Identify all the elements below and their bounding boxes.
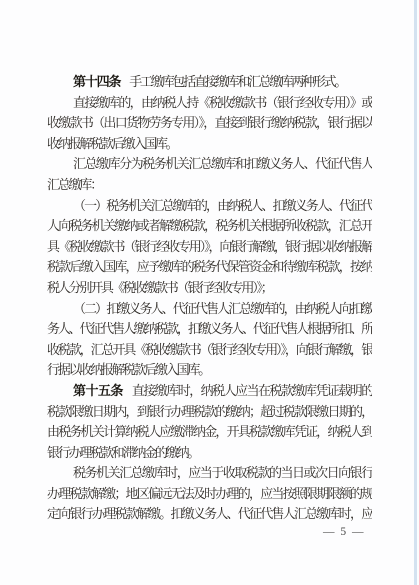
document-page: 第十四条手工缴库包括直接缴库和汇总缴库两种形式。 直接缴库的，由纳税人持《税收缴…: [0, 0, 419, 585]
text-line: 税人分别开具《税收缴款书（银行经收专用）》；: [47, 278, 372, 299]
text-line: 税务机关汇总缴库时，应当于收取税款的当日或次日向银行: [47, 463, 372, 484]
text-line: 人向税务机关缴纳或者解缴税款，税务机关根据所收税款，汇总开: [47, 216, 372, 237]
article-number: 第十五条: [73, 383, 123, 398]
document-text: 第十四条手工缴库包括直接缴库和汇总缴库两种形式。 直接缴库的，由纳税人持《税收缴…: [47, 72, 372, 525]
text-line: 税款限缴日期内，到银行办理税款的缴纳；超过税款限缴日期的，: [47, 402, 372, 423]
text-line: 由税务机关计算纳税人应缴滞纳金，开具税款缴库凭证，纳税人到: [47, 422, 372, 443]
text-line: 第十五条直接缴库时，纳税人应当在税款缴库凭证载明的: [47, 381, 372, 402]
text-line: 汇总缴库分为税务机关汇总缴库和扣缴义务人、代征代售人: [47, 154, 372, 175]
text-line: 第十四条手工缴库包括直接缴库和汇总缴库两种形式。: [47, 72, 372, 93]
text-line: 直接缴库的，由纳税人持《税收缴款书（银行经收专用）》或《税: [47, 93, 372, 114]
text-line: 银行办理税款和滞纳金的缴纳。: [47, 443, 372, 464]
article-number: 第十四条: [73, 74, 120, 89]
text-line: （二）扣缴义务人、代征代售人汇总缴库的，由纳税人向扣缴义: [47, 299, 372, 320]
text-line: （一）税务机关汇总缴库的，由纳税人、扣缴义务人、代征代售: [47, 196, 372, 217]
line-text: 手工缴库包括直接缴库和汇总缴库两种形式。: [129, 74, 345, 89]
text-line: 务人、代征代售人缴纳税款，扣缴义务人、代征代售人根据所扣、所: [47, 319, 372, 340]
text-line: 收纳报解税款后缴入国库。: [47, 134, 372, 155]
scan-edge-shadow: [414, 0, 417, 585]
text-line: 收缴款书（出口货物劳务专用）》，直接到银行缴纳税款，银行据以: [47, 113, 372, 134]
text-line: 具《税收缴款书（银行经收专用）》，向银行解缴，银行据以收纳报解: [47, 237, 372, 258]
line-text: 直接缴库时，纳税人应当在税款缴库凭证载明的: [132, 383, 372, 398]
text-line: 收税款，汇总开具《税收缴款书（银行经收专用）》，向银行解缴，银: [47, 340, 372, 361]
text-line: 汇总缴库：: [47, 175, 372, 196]
text-line: 定向银行办理税款解缴。扣缴义务人、代征代售人汇总缴库时，应: [47, 504, 372, 525]
page-number: — 5 —: [323, 526, 365, 538]
text-line: 行据以收纳报解税款后缴入国库。: [47, 360, 372, 381]
text-line: 办理税款解缴；地区偏远无法及时办理的，应当按照限期限额的规: [47, 484, 372, 505]
text-line: 税款后缴入国库，应予缴库的税务代保管资金和待缴库税款，按纳: [47, 257, 372, 278]
